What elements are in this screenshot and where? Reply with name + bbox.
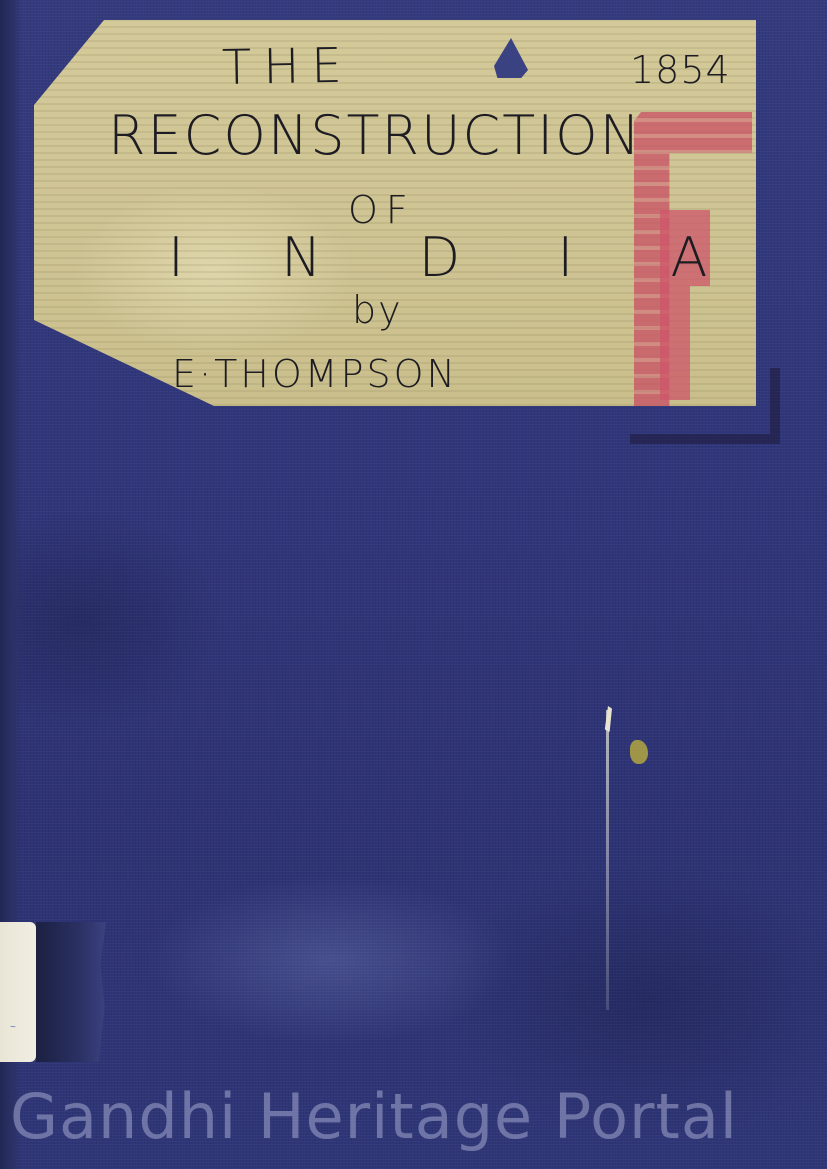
book-cover: THE 1854 RECONSTRUCTION OF I N D I A by … xyxy=(0,0,827,1169)
title-the: THE xyxy=(222,38,355,96)
library-tag xyxy=(0,922,36,1062)
byline: by xyxy=(352,288,403,332)
title-reconstruction: RECONSTRUCTION xyxy=(108,104,642,167)
catalog-number: 1854 xyxy=(630,48,731,92)
cover-stain xyxy=(630,740,648,764)
library-tape xyxy=(36,922,106,1062)
author-name: E·THOMPSON xyxy=(172,352,458,396)
cover-crease xyxy=(606,710,609,1010)
watermark: Gandhi Heritage Portal xyxy=(10,1080,820,1153)
library-tag-mark: ~ xyxy=(10,1022,16,1033)
title-india: I N D I A xyxy=(168,226,747,289)
